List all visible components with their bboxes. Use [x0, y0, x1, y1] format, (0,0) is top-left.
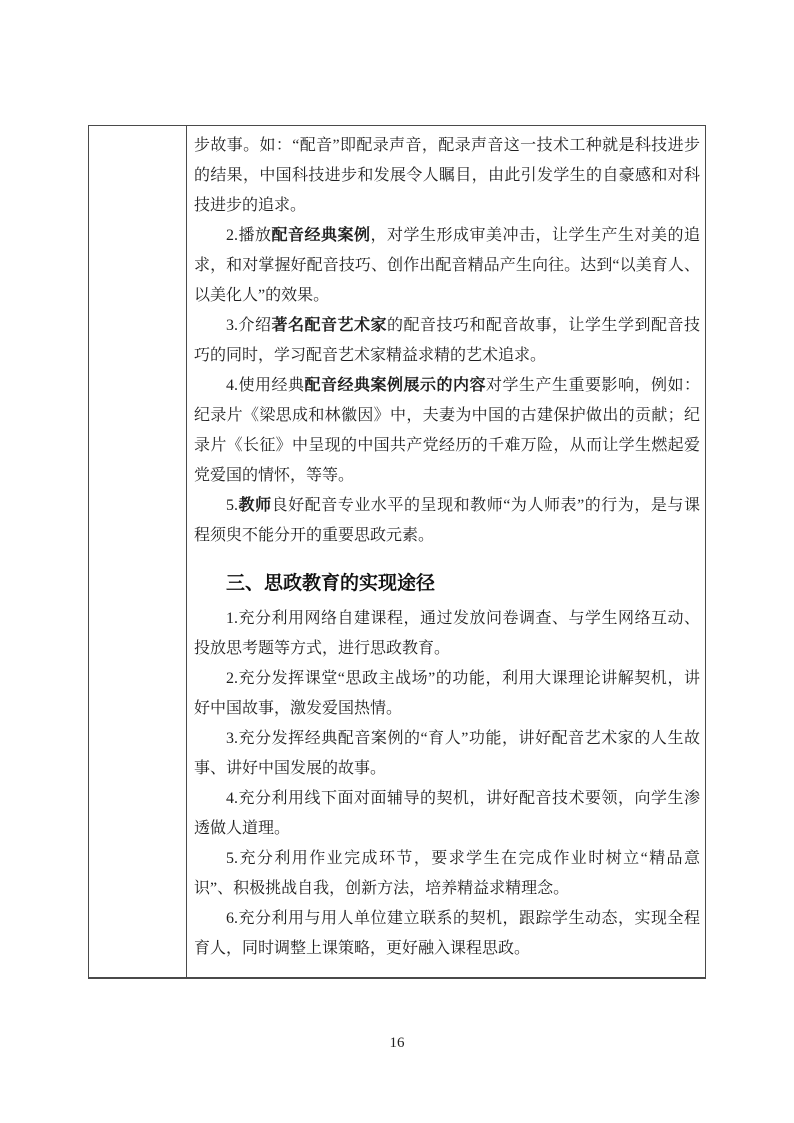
text-run: 1.充分利用网络自建课程，通过发放问卷调查、与学生网络互动、投放思考题等方式，进…: [194, 610, 700, 657]
bold-text-run: 著名配音艺术家: [272, 317, 388, 334]
bold-text-run: 配音经典案例展示的内容: [305, 377, 486, 394]
text-run: 4.充分利用线下面对面辅导的契机，讲好配音技术要领，向学生渗透做人道理。: [194, 790, 700, 837]
text-run: 5.充分利用作业完成环节，要求学生在完成作业时树立“精品意识”、积极挑战自我，创…: [194, 850, 700, 897]
text-run: 2.充分发挥课堂“思政主战场”的功能，利用大课理论讲解契机，讲好中国故事，激发爱…: [194, 670, 700, 717]
content-table: 步故事。如：“配音”即配录声音，配录声音这一技术工种就是科技进步的结果，中国科技…: [88, 125, 706, 979]
paragraph: 步故事。如：“配音”即配录声音，配录声音这一技术工种就是科技进步的结果，中国科技…: [194, 131, 700, 221]
text-run: 6.充分利用与用人单位建立联系的契机，跟踪学生动态，实现全程育人，同时调整上课策…: [194, 910, 700, 957]
text-run: 4.使用经典: [226, 377, 305, 394]
text-run: 3.介绍: [226, 317, 272, 334]
paragraph: 1.充分利用网络自建课程，通过发放问卷调查、与学生网络互动、投放思考题等方式，进…: [194, 604, 700, 664]
text-run: 2.播放: [226, 227, 272, 244]
paragraphs-after-heading: 1.充分利用网络自建课程，通过发放问卷调查、与学生网络互动、投放思考题等方式，进…: [194, 604, 700, 964]
document-page: 步故事。如：“配音”即配录声音，配录声音这一技术工种就是科技进步的结果，中国科技…: [0, 0, 794, 1123]
paragraph: 5.充分利用作业完成环节，要求学生在完成作业时树立“精品意识”、积极挑战自我，创…: [194, 844, 700, 904]
paragraph: 2.充分发挥课堂“思政主战场”的功能，利用大课理论讲解契机，讲好中国故事，激发爱…: [194, 664, 700, 724]
bold-text-run: 配音经典案例: [272, 227, 371, 244]
bold-text-run: 教师: [238, 497, 272, 514]
paragraph: 5.教师良好配音专业水平的呈现和教师“为人师表”的行为，是与课程须臾不能分开的重…: [194, 491, 700, 551]
text-run: 步故事。如：“配音”即配录声音，配录声音这一技术工种就是科技进步的结果，中国科技…: [194, 137, 700, 214]
text-run: 5.: [226, 497, 238, 514]
paragraph: 4.使用经典配音经典案例展示的内容对学生产生重要影响，例如：纪录片《梁思成和林徽…: [194, 371, 700, 491]
paragraph: 3.充分发挥经典配音案例的“育人”功能，讲好配音艺术家的人生故事、讲好中国发展的…: [194, 724, 700, 784]
table-left-cell: [89, 126, 187, 977]
paragraph: 4.充分利用线下面对面辅导的契机，讲好配音技术要领，向学生渗透做人道理。: [194, 784, 700, 844]
section-heading: 三、思政教育的实现途径: [194, 569, 700, 599]
paragraph: 6.充分利用与用人单位建立联系的契机，跟踪学生动态，实现全程育人，同时调整上课策…: [194, 904, 700, 964]
page-number: 16: [0, 1035, 794, 1052]
paragraph: 3.介绍著名配音艺术家的配音技巧和配音故事，让学生学到配音技巧的同时，学习配音艺…: [194, 311, 700, 371]
paragraphs-before-heading: 步故事。如：“配音”即配录声音，配录声音这一技术工种就是科技进步的结果，中国科技…: [194, 131, 700, 551]
table-content-cell: 步故事。如：“配音”即配录声音，配录声音这一技术工种就是科技进步的结果，中国科技…: [187, 126, 705, 977]
text-run: 3.充分发挥经典配音案例的“育人”功能，讲好配音艺术家的人生故事、讲好中国发展的…: [194, 730, 700, 777]
paragraph: 2.播放配音经典案例，对学生形成审美冲击，让学生产生对美的追求，和对掌握好配音技…: [194, 221, 700, 311]
